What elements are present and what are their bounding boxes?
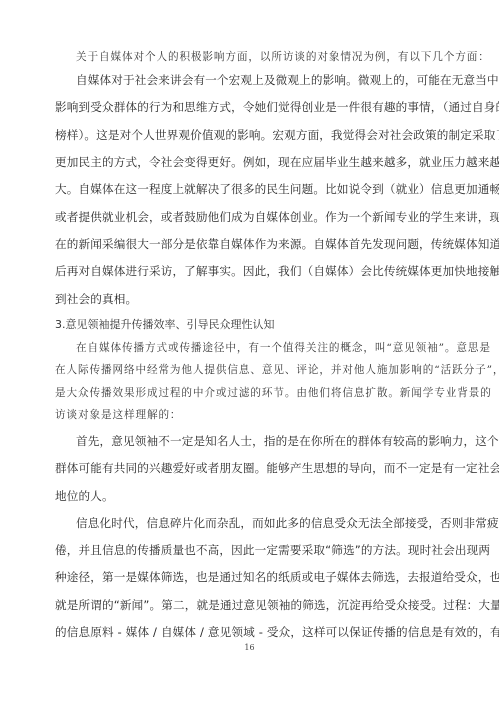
paragraph-1-line-5: 大。自媒体在这一程度上就解决了很多的民生问题。比如说令到（就业）信息更加通畅， bbox=[55, 181, 440, 197]
paragraph-1-line-9: 到社会的真相。 bbox=[55, 291, 440, 307]
paragraph-2-line-4: 访谈对象是这样理解的： bbox=[55, 407, 440, 422]
paragraph-4-line-2: 倦，并且信息的传播质量也不高，因此一定需要采取“筛选”的方法。现时社会出现两 bbox=[55, 542, 440, 558]
document-page: 关于自媒体对个人的积极影响方面，以所访谈的对象情况为例，有以下几个方面： 自媒体… bbox=[0, 0, 499, 706]
paragraph-3-line-2: 群体可能有共同的兴趣爱好或者朋友圈。能够产生思想的导向，而不一定是有一定社会 bbox=[55, 460, 440, 476]
paragraph-1-line-4: 更加民主的方式，令社会变得更好。例如，现在应届毕业生越来越多，就业压力越来越 bbox=[55, 154, 440, 170]
paragraph-1-line-3: 榜样）。这是对个人世界观价值观的影响。宏观方面，我觉得会对社会政策的制定采取了 bbox=[55, 127, 440, 143]
paragraph-4-line-4: 就是所谓的“新闻”。第二，就是通过意见领袖的筛选，沉淀再给受众接受。过程：大量 bbox=[55, 597, 440, 613]
page-number: 16 bbox=[0, 643, 499, 652]
paragraph-1-line-7: 在的新闻采编很大一部分是依靠自媒体作为来源。自媒体首先发现问题，传统媒体知道 bbox=[55, 236, 440, 252]
paragraph-4-line-3: 种途径，第一是媒体筛选，也是通过知名的纸质或电子媒体去筛选，去报道给受众，也 bbox=[55, 569, 440, 585]
paragraph-2-line-2: 在人际传播网络中经常为他人提供信息、意见、评论，并对他人施加影响的“活跃分子”， bbox=[55, 362, 440, 377]
paragraph-3-line-3: 地位的人。 bbox=[55, 488, 440, 504]
paragraph-1-line-2: 影响到受众群体的行为和思维方式，令她们觉得创业是一件很有趣的事情，（通过自身的 bbox=[55, 99, 440, 115]
paragraph-2-line-1: 在自媒体传播方式或传播途径中，有一个值得关注的概念，叫“意见领袖”。意思是 bbox=[76, 340, 440, 355]
paragraph-2-line-3: 是大众传播效果形成过程的中介或过滤的环节。由他们将信息扩散。新闻学专业背景的 bbox=[55, 385, 440, 400]
paragraph-4-line-5: 的信息原料 - 媒体 / 自媒体 / 意见领域 - 受众，这样可以保证传播的信息… bbox=[55, 624, 440, 640]
paragraph-1-line-8: 后再对自媒体进行采访，了解事实。因此，我们（自媒体）会比传统媒体更加快地接触 bbox=[55, 263, 440, 279]
section-heading: 3.意见领袖提升传播效率、引导民众理性认知 bbox=[55, 316, 440, 332]
intro-paragraph: 关于自媒体对个人的积极影响方面，以所访谈的对象情况为例，有以下几个方面： bbox=[76, 49, 440, 64]
paragraph-4-line-1: 信息化时代，信息碎片化而杂乱，而如此多的信息受众无法全部接受，否则非常疲 bbox=[76, 515, 440, 531]
paragraph-1-line-6: 或者提供就业机会，或者鼓励他们成为自媒体创业。作为一个新闻专业的学生来讲，现 bbox=[55, 209, 440, 225]
paragraph-3-line-1: 首先，意见领袖不一定是知名人士，指的是在你所在的群体有较高的影响力，这个 bbox=[76, 433, 440, 449]
paragraph-1-line-1: 自媒体对于社会来讲会有一个宏观上及微观上的影响。微观上的，可能在无意当中 bbox=[76, 72, 440, 88]
